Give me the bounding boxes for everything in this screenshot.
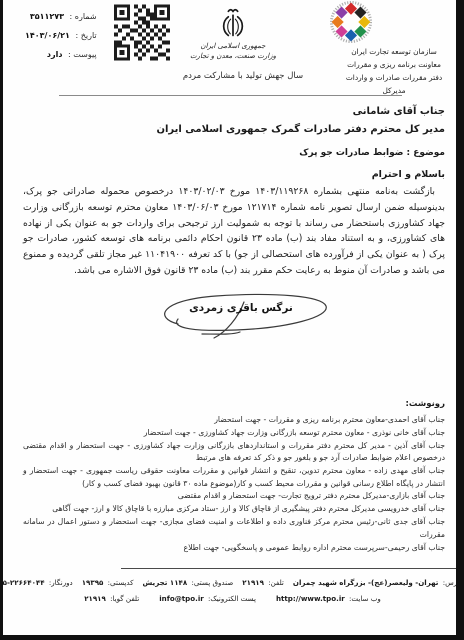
- cc-list: جناب آقای احمدی-معاون محترم برنامه ریزی …: [23, 414, 445, 554]
- recipient-block: جناب آقای شامانی مدیر کل محترم دفتر صادر…: [23, 103, 445, 138]
- iran-emblem-icon: [219, 5, 247, 41]
- phone-value: ۲۱۹۱۹: [242, 578, 264, 587]
- footer-divider: [121, 568, 458, 569]
- cc-item: جناب آقای خدرویسی مدیرکل محترم دفتر پیشگ…: [23, 503, 445, 515]
- tpo-logo-icon: [320, 1, 382, 43]
- org-title-block: سازمان توسعه تجارت ایران معاونت برنامه ر…: [333, 45, 455, 97]
- letter-number-label: شماره :: [70, 12, 97, 21]
- footer-website: وب سایت: http://www.tpo.ir: [276, 594, 381, 603]
- fax-label: دورنگار:: [49, 578, 73, 587]
- pobox-label: صندوق پستی:: [191, 578, 233, 587]
- address-label: آدرس:: [443, 578, 463, 587]
- cc-item: جناب آقای مهدی زاده - معاون محترم تدوین،…: [23, 465, 445, 490]
- footer-pobox: صندوق پستی: ۱۱۴۸ تجریش: [143, 578, 234, 587]
- cc-item: جناب آقای جدی ثانی-رئیس محترم مرکز فناور…: [23, 516, 445, 541]
- cc-item: جناب آقای بازاری-مدیرکل محترم دفتر ترویج…: [23, 490, 445, 502]
- address-value: تهران- ولیعصر(عج)- بزرگراه شهید چمران: [293, 578, 439, 587]
- letter-number-row: شماره : ۳۵۱۱۲۷۳: [25, 13, 97, 21]
- body-paragraph: بازگشت به‌نامه منتهی بشماره ۱۴۰۳/۱۱۹۲۶۸ …: [23, 184, 445, 279]
- org-name: سازمان توسعه تجارت ایران: [333, 45, 455, 58]
- cc-item: جناب آقای احمدی-معاون محترم برنامه ریزی …: [23, 414, 445, 426]
- subject-line: موضوع : ضوابط صادرات جو پرک: [23, 148, 445, 158]
- letter-date-value: ۱۴۰۳/۰۶/۲۱: [25, 31, 70, 40]
- footer-phone: تلفن: ۲۱۹۱۹: [242, 578, 284, 587]
- org-deputy: معاونت برنامه ریزی و مقررات: [333, 58, 455, 71]
- website-url: http://www.tpo.ir: [276, 594, 345, 603]
- attachment-label: پیوست :: [68, 50, 97, 59]
- footer-postalcode: کدپستی: ۱۹۳۹۵: [82, 578, 134, 587]
- fax-value: ۲۲۶۶۴۰۴۴-۵: [3, 578, 45, 587]
- recipient-title: مدیر کل محترم دفتر صادرات گمرک جمهوری اس…: [23, 121, 445, 139]
- signatory-name: نرگس باقری زمردی: [136, 302, 346, 314]
- cc-item: جناب آقای خانی نوذری - معاون محترم توسعه…: [23, 427, 445, 439]
- letter-number-value: ۳۵۱۱۲۷۳: [30, 12, 64, 21]
- footer-address: آدرس: تهران- ولیعصر(عج)- بزرگراه شهید چم…: [293, 578, 462, 587]
- pobox-value: ۱۱۴۸ تجریش: [143, 578, 188, 587]
- footer-fax: دورنگار: ۲۲۶۶۴۰۴۴-۵: [3, 578, 73, 587]
- letter-date-label: تاریخ :: [75, 31, 96, 40]
- email-label: پست الکترونیک:: [208, 594, 256, 603]
- letter-meta-block: شماره : ۳۵۱۱۲۷۳ تاریخ : ۱۴۰۳/۰۶/۲۱ پیوست…: [25, 13, 97, 70]
- salutation: باسلام و احترام: [23, 169, 445, 180]
- letter-date-row: تاریخ : ۱۴۰۳/۰۶/۲۱: [25, 32, 97, 40]
- emblem-subtitle: وزارت صنعت، معدن و تجارت: [186, 51, 280, 61]
- cc-item: جناب آقای رحیمی-سرپرست محترم اداره روابط…: [23, 542, 445, 554]
- attachment-value: دارد: [47, 50, 63, 59]
- email-value: info@tpo.ir: [159, 594, 204, 603]
- org-office: دفتر مقررات صادرات و واردات: [333, 71, 455, 84]
- voicephone-label: تلفن گویا:: [110, 594, 139, 603]
- footer-voicephone: تلفن گویا: ۲۱۹۱۹: [84, 594, 139, 603]
- footer-contact-line: وب سایت: http://www.tpo.ir پست الکترونیک…: [11, 594, 454, 603]
- header-divider: [59, 95, 402, 96]
- year-slogan: سال جهش تولید با مشارکت مردم: [135, 71, 351, 81]
- footer-email: پست الکترونیک: info@tpo.ir: [159, 594, 256, 603]
- postalcode-value: ۱۹۳۹۵: [82, 578, 104, 587]
- voicephone-value: ۲۱۹۱۹: [84, 594, 106, 603]
- postalcode-label: کدپستی:: [108, 578, 134, 587]
- recipient-name: جناب آقای شامانی: [23, 103, 445, 121]
- scanned-letter-page: شماره : ۳۵۱۱۲۷۳ تاریخ : ۱۴۰۳/۰۶/۲۱ پیوست…: [0, 0, 464, 640]
- website-label: وب سایت:: [349, 594, 381, 603]
- letter-attachment-row: پیوست : دارد: [25, 51, 97, 59]
- signature-block: نرگس باقری زمردی: [136, 288, 346, 340]
- emblem-title: جمهوری اسلامی ایران: [186, 41, 280, 51]
- qr-code-icon: [114, 4, 170, 61]
- phone-label: تلفن:: [268, 578, 284, 587]
- cc-item: جناب آقای آذین - مدیر کل محترم دفتر مقرر…: [23, 440, 445, 465]
- cc-heading: رونوشت:: [23, 399, 445, 409]
- emblem-block: جمهوری اسلامی ایران وزارت صنعت، معدن و ت…: [186, 5, 280, 61]
- signature-scribble-icon: [136, 288, 346, 340]
- footer-address-line: آدرس: تهران- ولیعصر(عج)- بزرگراه شهید چم…: [11, 578, 454, 587]
